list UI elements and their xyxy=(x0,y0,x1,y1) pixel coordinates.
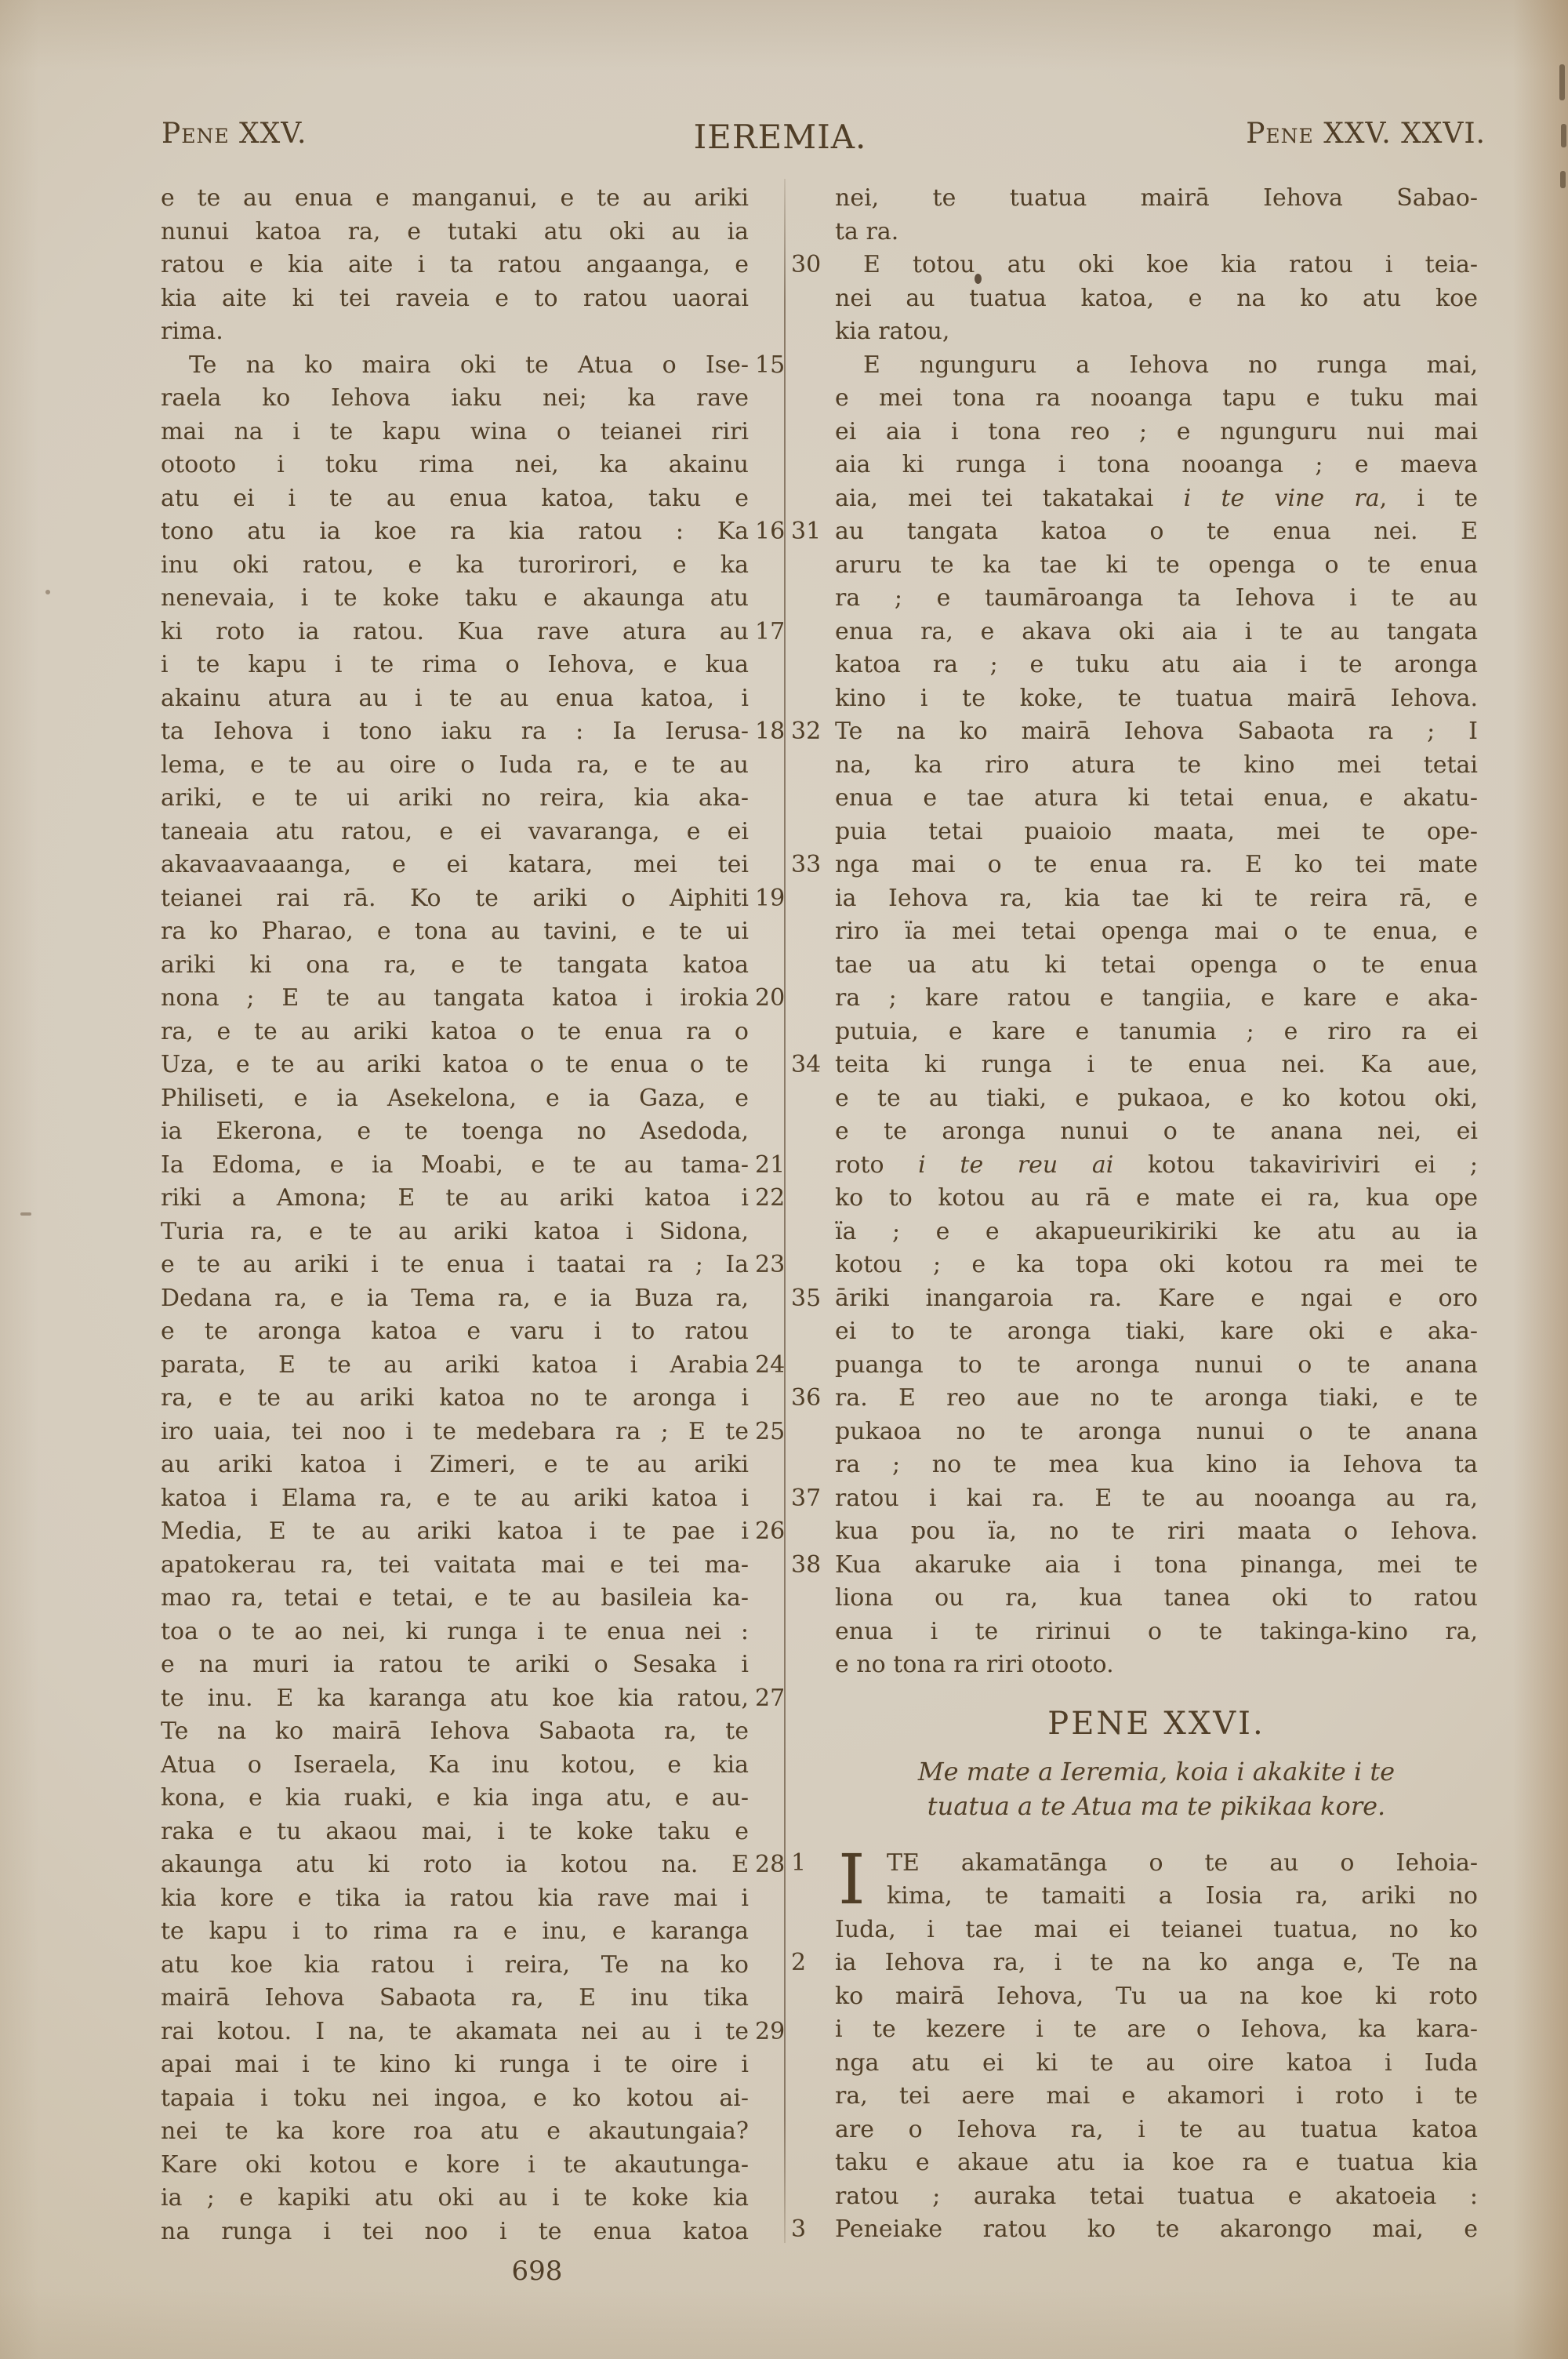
text-line: ratou e kia aite i ta ratou angaanga, e xyxy=(161,249,749,282)
text-line: kua pou ïa, no te riri maata o Iehova. xyxy=(835,1515,1478,1549)
text-line: puia tetai puaioio maata, mei te ope- xyxy=(835,816,1478,849)
text-line: ra, e te au ariki katoa no te aronga i xyxy=(161,1382,749,1416)
ink-blot xyxy=(975,274,982,284)
text-line: aia, mei tei takatakai i te vine ra, i t… xyxy=(835,482,1478,516)
text-line: e na muri ia ratou te ariki o Sesaka i xyxy=(161,1648,749,1682)
text-line: te kapu i to rima ra e inu, e karanga xyxy=(161,1915,749,1949)
verse-number: 19 xyxy=(755,882,807,916)
text-line: pukaoa no te aronga nunui o te anana xyxy=(835,1416,1478,1449)
text-line: Turia ra, e te au ariki katoa i Sidona, xyxy=(161,1216,749,1249)
verse-number: 25 xyxy=(755,1416,807,1449)
verse-number: 23 xyxy=(755,1249,807,1282)
text-line: akainu atura au i te au enua katoa, i xyxy=(161,682,749,716)
left-text-column: e te au enua e manganui, e te au arikinu… xyxy=(161,182,749,2248)
text-line: ta Iehova i tono iaku ra : Ia Ierusa-18 xyxy=(161,715,749,749)
text-line: atu koe kia ratou i reira, Te na ko xyxy=(161,1949,749,1983)
chapter-summary: Me mate a Ieremia, koia i akakite i te t… xyxy=(835,1754,1478,1823)
chapter-summary-line: tuatua a te Atua ma te pikikaa kore. xyxy=(835,1789,1478,1823)
text-line: tae ua atu ki tetai openga o te enua xyxy=(835,949,1478,983)
right-column-chapter26-text: TE akamatānga o te au o Iehoia-I1kima, t… xyxy=(835,1847,1478,2247)
text-line: taneaia atu ratou, e ei vavaranga, e ei xyxy=(161,816,749,849)
text-line: rai kotou. I na, te akamata nei au i te2… xyxy=(161,2016,749,2049)
verse-number: 15 xyxy=(755,349,807,383)
text-line: katoa ra ; e tuku atu aia i te aronga xyxy=(835,649,1478,682)
text-line: nunui katoa ra, e tutaki atu oki au ia xyxy=(161,216,749,249)
text-line: aia ki runga i tona nooanga ; e maeva xyxy=(835,449,1478,482)
text-line: enua i te ririnui o te takinga-kino ra, xyxy=(835,1616,1478,1649)
text-line: kotou ; e ka topa oki kotou ra mei te xyxy=(835,1249,1478,1282)
text-line: Iuda, i tae mai ei teianei tuatua, no ko xyxy=(835,1914,1478,1947)
text-line: apatokerau ra, tei vaitata mai e tei ma- xyxy=(161,1549,749,1583)
text-line: Uza, e te au ariki katoa o te enua o te xyxy=(161,1049,749,1082)
text-line: Te na ko maira oki te Atua o Ise-15 xyxy=(161,349,749,383)
text-line: toa o te ao nei, ki runga i te enua nei … xyxy=(161,1616,749,1649)
text-line: e no tona ra riri otooto. xyxy=(835,1648,1478,1682)
text-line: riki a Amona; E te au ariki katoa i22 xyxy=(161,1182,749,1216)
text-line: kia ratou, xyxy=(835,315,1478,349)
verse-number: 3 xyxy=(791,2213,830,2247)
verse-number: 1 xyxy=(791,1847,830,1881)
verse-number: 36 xyxy=(791,1382,830,1416)
chapter-summary-line: Me mate a Ieremia, koia i akakite i te xyxy=(835,1754,1478,1789)
text-line: puanga to te aronga nunui o te anana xyxy=(835,1349,1478,1383)
text-line: mai na i te kapu wina o teianei riri xyxy=(161,416,749,449)
text-line: ra ; e taumāroanga ta Iehova i te au xyxy=(835,582,1478,616)
text-line: ia Ekerona, e te toenga no Asedoda, xyxy=(161,1115,749,1149)
verse-number: 35 xyxy=(791,1282,830,1316)
text-line: raka e tu akaou mai, i te koke taku e xyxy=(161,1816,749,1849)
verse-number: 24 xyxy=(755,1349,807,1383)
text-line: kona, e kia ruaki, e kia inga atu, e au- xyxy=(161,1782,749,1816)
text-line: Philiseti, e ia Asekelona, e ia Gaza, e xyxy=(161,1082,749,1116)
text-line: iro uaia, tei noo i te medebara ra ; E t… xyxy=(161,1416,749,1449)
text-line: Dedana ra, e ia Tema ra, e ia Buza ra, xyxy=(161,1282,749,1316)
text-line: tapaia i toku nei ingoa, e ko kotou ai- xyxy=(161,2082,749,2116)
text-line: te inu. E ka karanga atu koe kia ratou,2… xyxy=(161,1682,749,1716)
text-line: e te au enua e manganui, e te au ariki xyxy=(161,182,749,216)
page-edge-smudge xyxy=(1560,171,1566,188)
text-line: ariki ki ona ra, e te tangata katoa xyxy=(161,949,749,983)
verse-number: 21 xyxy=(755,1149,807,1183)
text-line: ia ; e kapiki atu oki au i te koke kia xyxy=(161,2182,749,2215)
text-line: nei, te tuatua mairā Iehova Sabao- xyxy=(835,182,1478,216)
verse-number: 22 xyxy=(755,1182,807,1216)
text-line: nga mai o te enua ra. E ko tei mate33 xyxy=(835,849,1478,882)
text-line: ra ; kare ratou e tangiia, e kare e aka- xyxy=(835,982,1478,1016)
text-line: kima, te tamaiti a Iosia ra, ariki no xyxy=(835,1880,1478,1914)
text-line: e te aronga nunui o te anana nei, ei xyxy=(835,1115,1478,1149)
verse-number: 27 xyxy=(755,1682,807,1716)
page-number: 698 xyxy=(161,2255,913,2287)
text-line: putuia, e kare e tanumia ; e riro ra ei xyxy=(835,1016,1478,1049)
text-line: TE akamatānga o te au o Iehoia-I1 xyxy=(835,1847,1478,1881)
verse-number: 2 xyxy=(791,1946,830,1980)
right-column-chapter25-text: nei, te tuatua mairā Iehova Sabao-ta ra.… xyxy=(835,182,1478,1682)
text-line: riro ïa mei tetai openga mai o te enua, … xyxy=(835,915,1478,949)
text-line: inu oki ratou, e ka turorirori, e ka xyxy=(161,549,749,583)
verse-number: 37 xyxy=(791,1482,830,1516)
text-line: ia Iehova ra, i te na ko anga e, Te na2 xyxy=(835,1946,1478,1980)
text-line: i te kapu i te rima o Iehova, e kua xyxy=(161,649,749,682)
text-line: Te na ko mairā Iehova Sabaota ra ; I32 xyxy=(835,715,1478,749)
text-line: ra, tei aere mai e akamori i roto i te xyxy=(835,2080,1478,2114)
text-line: mao ra, tetai e tetai, e te au basileia … xyxy=(161,1582,749,1616)
text-line: kia aite ki tei raveia e to ratou uaorai xyxy=(161,282,749,316)
text-line: ra, e te au ariki katoa o te enua ra o xyxy=(161,1016,749,1049)
text-line: aruru te ka tae ki te openga o te enua xyxy=(835,549,1478,583)
text-line: E totou atu oki koe kia ratou i teia-30 xyxy=(835,249,1478,282)
text-line: ia Iehova ra, kia tae ki te reira rā, e xyxy=(835,882,1478,916)
text-line: ra ; no te mea kua kino ia Iehova ta xyxy=(835,1448,1478,1482)
text-line: ïa ; e e akapueurikiriki ke atu au ia xyxy=(835,1216,1478,1249)
text-line: Ia Edoma, e ia Moabi, e te au tama-21 xyxy=(161,1149,749,1183)
text-line: na runga i tei noo i te enua katoa xyxy=(161,2215,749,2249)
text-line: atu ei i te au enua katoa, taku e xyxy=(161,482,749,516)
text-line: raela ko Iehova iaku nei; ka rave xyxy=(161,382,749,416)
text-line: Peneiake ratou ko te akarongo mai, e3 xyxy=(835,2213,1478,2247)
text-line: Atua o Iseraela, Ka inu kotou, e kia xyxy=(161,1749,749,1783)
page-edge-smudge xyxy=(1559,64,1565,100)
text-line: na, ka riro atura te kino mei tetai xyxy=(835,749,1478,783)
text-line: enua e tae atura ki tetai enua, e akatu- xyxy=(835,782,1478,816)
text-line: are o Iehova ra, i te au tuatua katoa xyxy=(835,2114,1478,2147)
text-line: au tangata katoa o te enua nei. E31 xyxy=(835,515,1478,549)
text-line: otooto i toku rima nei, ka akainu xyxy=(161,449,749,482)
text-line: rima. xyxy=(161,315,749,349)
text-line: nenevaia, i te koke taku e akaunga atu xyxy=(161,582,749,616)
verse-number: 26 xyxy=(755,1515,807,1549)
text-line: akavaavaaanga, e ei katara, mei tei xyxy=(161,849,749,882)
page-edge-smudge xyxy=(1561,124,1566,147)
text-line: lema, e te au oire o Iuda ra, e te au xyxy=(161,749,749,783)
text-line: mairā Iehova Sabaota ra, E inu tika xyxy=(161,1982,749,2016)
text-line: āriki inangaroia ra. Kare e ngai e oro35 xyxy=(835,1282,1478,1316)
text-line: katoa i Elama ra, e te au ariki katoa i xyxy=(161,1482,749,1516)
text-line: kino i te koke, te tuatua mairā Iehova. xyxy=(835,682,1478,716)
text-line: e te au ariki i te enua i taatai ra ; Ia… xyxy=(161,1249,749,1282)
book-page-scan: Pene XXV. IEREMIA. Pene XXV. XXVI. e te … xyxy=(0,0,1568,2359)
text-line: liona ou ra, kua tanea oki to ratou xyxy=(835,1582,1478,1616)
text-line: nei au tuatua katoa, e na ko atu koe xyxy=(835,282,1478,316)
verse-number: 31 xyxy=(791,515,830,549)
text-line: parata, E te au ariki katoa i Arabia24 xyxy=(161,1349,749,1383)
text-line: ko mairā Iehova, Tu ua na koe ki roto xyxy=(835,1980,1478,2014)
verse-number: 17 xyxy=(755,616,807,649)
text-line: kia kore e tika ia ratou kia rave mai i xyxy=(161,1882,749,1916)
verse-number: 30 xyxy=(791,249,830,282)
text-line: teianei rai rā. Ko te ariki o Aiphiti19 xyxy=(161,882,749,916)
text-line: ra ko Pharao, e tona au tavini, e te ui xyxy=(161,915,749,949)
paper-speck xyxy=(20,1212,31,1216)
text-line: ra. E reo aue no te aronga tiaki, e te36 xyxy=(835,1382,1478,1416)
text-line: ariki, e te ui ariki no reira, kia aka- xyxy=(161,782,749,816)
text-line: teita ki runga i te enua nei. Ka aue,34 xyxy=(835,1049,1478,1082)
text-line: Media, E te au ariki katoa i te pae i26 xyxy=(161,1515,749,1549)
text-line: roto i te reu ai kotou takaviriviri ei ; xyxy=(835,1149,1478,1183)
text-line: E ngunguru a Iehova no runga mai, xyxy=(835,349,1478,383)
text-line: ta ra. xyxy=(835,216,1478,249)
text-line: Kare oki kotou e kore i te akautunga- xyxy=(161,2149,749,2183)
right-text-column: nei, te tuatua mairā Iehova Sabao-ta ra.… xyxy=(835,182,1478,2247)
text-line: i te kezere i te are o Iehova, ka kara- xyxy=(835,2013,1478,2047)
verse-number: 29 xyxy=(755,2016,807,2049)
text-line: ki roto ia ratou. Kua rave atura au17 xyxy=(161,616,749,649)
text-line: Te na ko mairā Iehova Sabaota ra, te xyxy=(161,1715,749,1749)
text-line: Kua akaruke aia i tona pinanga, mei te38 xyxy=(835,1549,1478,1583)
verse-number: 32 xyxy=(791,715,830,749)
text-line: tono atu ia koe ra kia ratou : Ka16 xyxy=(161,515,749,549)
text-line: ei to te aronga tiaki, kare oki e aka- xyxy=(835,1315,1478,1349)
text-line: enua ra, e akava oki aia i te au tangata xyxy=(835,616,1478,649)
running-header-right-chapter: Pene XXV. XXVI. xyxy=(862,118,1486,158)
verse-number: 20 xyxy=(755,982,807,1016)
text-line: e te aronga katoa e varu i to ratou xyxy=(161,1315,749,1349)
text-line: ko to kotou au rā e mate ei ra, kua ope xyxy=(835,1182,1478,1216)
text-line: apai mai i te kino ki runga i te oire i xyxy=(161,2048,749,2082)
text-line: ratou i kai ra. E te au nooanga au ra,37 xyxy=(835,1482,1478,1516)
chapter-heading: PENE XXVI. xyxy=(835,1704,1478,1743)
text-line: e te au tiaki, e pukaoa, e ko kotou oki, xyxy=(835,1082,1478,1116)
text-line: e mei tona ra nooanga tapu e tuku mai xyxy=(835,382,1478,416)
text-line: nona ; E te au tangata katoa i irokia20 xyxy=(161,982,749,1016)
verse-number: 33 xyxy=(791,849,830,882)
verse-number: 38 xyxy=(791,1549,830,1583)
text-line: akaunga atu ki roto ia kotou na. E28 xyxy=(161,1848,749,1882)
verse-number: 34 xyxy=(791,1049,830,1082)
text-line: nei te ka kore roa atu e akautungaia? xyxy=(161,2115,749,2149)
text-line: ratou ; auraka tetai tuatua e akatoeia : xyxy=(835,2180,1478,2214)
paper-speck xyxy=(45,590,50,594)
text-line: nga atu ei ki te au oire katoa i Iuda xyxy=(835,2047,1478,2081)
text-line: taku e akaue atu ia koe ra e tuatua kia xyxy=(835,2146,1478,2180)
text-line: au ariki katoa i Zimeri, e te au ariki xyxy=(161,1448,749,1482)
text-line: ei aia i tona reo ; e ngunguru nui mai xyxy=(835,416,1478,449)
